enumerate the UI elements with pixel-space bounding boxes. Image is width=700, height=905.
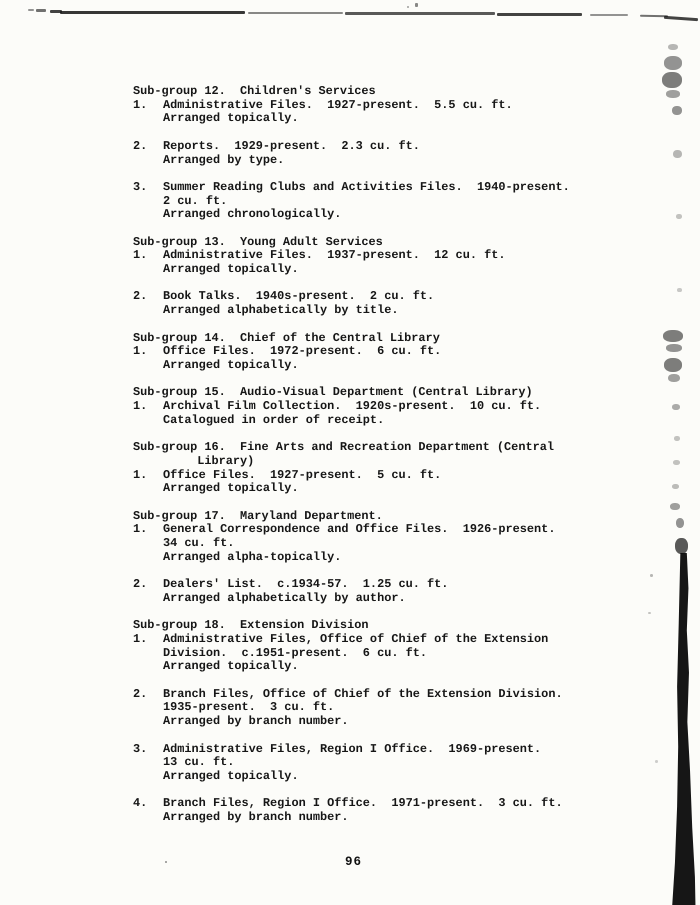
subgroup-section: Sub-group 18. Extension Division1.Admini… — [133, 619, 570, 825]
series-entry: 1.Administrative Files. 1927-present. 5.… — [133, 99, 570, 126]
scan-line-segment — [36, 9, 46, 12]
entry-number: 1. — [133, 249, 163, 276]
ink-smudge — [668, 374, 680, 382]
entry-line: Arranged alphabetically by author. — [163, 592, 448, 606]
ink-smudge — [668, 44, 678, 50]
ink-smudge — [662, 72, 682, 88]
scan-line-segment — [60, 11, 245, 14]
subgroup-heading: Sub-group 14. Chief of the Central Libra… — [133, 332, 570, 346]
ink-smudge — [670, 503, 680, 510]
ink-smudge — [675, 538, 688, 554]
entry-number: 1. — [133, 345, 163, 372]
entry-line: Arranged topically. — [163, 482, 441, 496]
ink-smudge — [666, 344, 682, 352]
subgroup-heading: Sub-group 16. Fine Arts and Recreation D… — [133, 441, 570, 468]
entry-text: Administrative Files, Region I Office. 1… — [163, 743, 541, 784]
series-entry: 1.Office Files. 1927-present. 5 cu. ft.A… — [133, 469, 570, 496]
entry-line: Branch Files, Office of Chief of the Ext… — [163, 688, 563, 702]
ink-smudge — [672, 106, 682, 115]
entry-line: Catalogued in order of receipt. — [163, 414, 541, 428]
subgroup-section: Sub-group 16. Fine Arts and Recreation D… — [133, 441, 570, 496]
entry-text: Archival Film Collection. 1920s-present.… — [163, 400, 541, 427]
heading-line: Sub-group 18. Extension Division — [133, 619, 570, 633]
entry-text: Administrative Files, Office of Chief of… — [163, 633, 548, 674]
ink-smudge — [664, 56, 682, 70]
series-entry: 2.Branch Files, Office of Chief of the E… — [133, 688, 570, 729]
page-number: 96 — [345, 855, 362, 869]
entry-text: Office Files. 1927-present. 5 cu. ft.Arr… — [163, 469, 441, 496]
scan-line-segment — [345, 12, 495, 15]
scan-line-segment — [248, 12, 343, 14]
entry-line: Administrative Files. 1927-present. 5.5 … — [163, 99, 513, 113]
entry-number: 3. — [133, 181, 163, 222]
entry-line: Arranged alpha-topically. — [163, 551, 555, 565]
subgroup-heading: Sub-group 17. Maryland Department. — [133, 510, 570, 524]
series-entry: 1.Archival Film Collection. 1920s-presen… — [133, 400, 570, 427]
entry-line: 1935-present. 3 cu. ft. — [163, 701, 563, 715]
entry-text: Dealers' List. c.1934-57. 1.25 cu. ft.Ar… — [163, 578, 448, 605]
ink-smudge — [674, 436, 680, 441]
entry-text: Office Files. 1972-present. 6 cu. ft.Arr… — [163, 345, 441, 372]
entry-line: Reports. 1929-present. 2.3 cu. ft. — [163, 140, 420, 154]
entry-number: 4. — [133, 797, 163, 824]
entry-line: Administrative Files, Office of Chief of… — [163, 633, 548, 647]
subgroup-heading: Sub-group 15. Audio-Visual Department (C… — [133, 386, 570, 400]
heading-line: Sub-group 13. Young Adult Services — [133, 236, 570, 250]
scan-line-segment — [407, 6, 409, 8]
scan-line-segment — [50, 10, 62, 13]
entry-line: Dealers' List. c.1934-57. 1.25 cu. ft. — [163, 578, 448, 592]
series-entry: 3.Summer Reading Clubs and Activities Fi… — [133, 181, 570, 222]
scanned-document-page: Sub-group 12. Children's Services1.Admin… — [0, 0, 700, 905]
scan-line-segment — [590, 14, 628, 16]
scan-line-segment — [664, 16, 698, 21]
subgroup-section: Sub-group 12. Children's Services1.Admin… — [133, 85, 570, 222]
ink-smudge — [664, 358, 682, 372]
subgroup-section: Sub-group 13. Young Adult Services1.Admi… — [133, 236, 570, 318]
entry-line: Administrative Files. 1937-present. 12 c… — [163, 249, 506, 263]
entry-line: Arranged topically. — [163, 770, 541, 784]
entry-line: Arranged chronologically. — [163, 208, 570, 222]
ink-smudge — [663, 330, 683, 342]
entry-number: 3. — [133, 743, 163, 784]
series-entry: 2.Book Talks. 1940s-present. 2 cu. ft.Ar… — [133, 290, 570, 317]
series-entry: 2.Reports. 1929-present. 2.3 cu. ft.Arra… — [133, 140, 570, 167]
ink-smudge — [648, 612, 651, 614]
heading-line: Sub-group 15. Audio-Visual Department (C… — [133, 386, 570, 400]
ink-smudge — [655, 760, 658, 763]
entry-line: Arranged topically. — [163, 660, 548, 674]
ink-smudge — [165, 861, 167, 863]
entry-number: 1. — [133, 469, 163, 496]
heading-line: Sub-group 16. Fine Arts and Recreation D… — [133, 441, 570, 455]
entry-text: Administrative Files. 1927-present. 5.5 … — [163, 99, 513, 126]
subgroup-section: Sub-group 17. Maryland Department.1.Gene… — [133, 510, 570, 606]
heading-line: Sub-group 17. Maryland Department. — [133, 510, 570, 524]
entry-line: General Correspondence and Office Files.… — [163, 523, 555, 537]
scan-line-segment — [497, 13, 582, 16]
ink-smudge — [677, 288, 682, 292]
series-entry: 1.Administrative Files, Office of Chief … — [133, 633, 570, 674]
entry-text: Branch Files, Office of Chief of the Ext… — [163, 688, 563, 729]
entry-line: Administrative Files, Region I Office. 1… — [163, 743, 541, 757]
ink-smudge — [676, 214, 682, 219]
entry-line: 2 cu. ft. — [163, 195, 570, 209]
ink-smudge — [666, 90, 680, 98]
entry-number: 1. — [133, 99, 163, 126]
entry-text: Administrative Files. 1937-present. 12 c… — [163, 249, 506, 276]
heading-line: Library) — [133, 455, 570, 469]
series-entry: 1.Office Files. 1972-present. 6 cu. ft.A… — [133, 345, 570, 372]
entry-line: Summer Reading Clubs and Activities File… — [163, 181, 570, 195]
entry-text: Book Talks. 1940s-present. 2 cu. ft.Arra… — [163, 290, 434, 317]
entry-number: 2. — [133, 290, 163, 317]
heading-line: Sub-group 14. Chief of the Central Libra… — [133, 332, 570, 346]
subgroup-heading: Sub-group 12. Children's Services — [133, 85, 570, 99]
series-entry: 1.Administrative Files. 1937-present. 12… — [133, 249, 570, 276]
subgroup-section: Sub-group 14. Chief of the Central Libra… — [133, 332, 570, 373]
scan-line-segment — [640, 15, 668, 17]
subgroup-heading: Sub-group 13. Young Adult Services — [133, 236, 570, 250]
ink-smudge — [673, 460, 680, 465]
entry-line: Arranged topically. — [163, 359, 441, 373]
entry-line: Archival Film Collection. 1920s-present.… — [163, 400, 541, 414]
entry-line: Office Files. 1927-present. 5 cu. ft. — [163, 469, 441, 483]
series-entry: 4.Branch Files, Region I Office. 1971-pr… — [133, 797, 570, 824]
entry-line: Office Files. 1972-present. 6 cu. ft. — [163, 345, 441, 359]
entry-number: 2. — [133, 578, 163, 605]
entry-line: Arranged by type. — [163, 154, 420, 168]
entry-line: Arranged topically. — [163, 263, 506, 277]
ink-smudge — [673, 150, 682, 158]
ink-smudge — [672, 484, 679, 489]
entry-line: 13 cu. ft. — [163, 756, 541, 770]
scan-line-segment — [28, 9, 34, 11]
entry-text: Summer Reading Clubs and Activities File… — [163, 181, 570, 222]
entry-line: Arranged alphabetically by title. — [163, 304, 434, 318]
entry-line: Division. c.1951-present. 6 cu. ft. — [163, 647, 548, 661]
scan-line-segment — [415, 3, 418, 7]
entry-line: Book Talks. 1940s-present. 2 cu. ft. — [163, 290, 434, 304]
entry-text: General Correspondence and Office Files.… — [163, 523, 555, 564]
entry-text: Reports. 1929-present. 2.3 cu. ft.Arrang… — [163, 140, 420, 167]
entry-line: Arranged topically. — [163, 112, 513, 126]
heading-line: Sub-group 12. Children's Services — [133, 85, 570, 99]
entry-line: 34 cu. ft. — [163, 537, 555, 551]
entry-number: 2. — [133, 140, 163, 167]
binding-shadow-bar — [669, 553, 696, 905]
series-entry: 2.Dealers' List. c.1934-57. 1.25 cu. ft.… — [133, 578, 570, 605]
ink-smudge — [672, 404, 680, 410]
subgroup-section: Sub-group 15. Audio-Visual Department (C… — [133, 386, 570, 427]
document-body: Sub-group 12. Children's Services1.Admin… — [133, 85, 570, 838]
ink-smudge — [676, 518, 684, 528]
entry-number: 2. — [133, 688, 163, 729]
entry-line: Arranged by branch number. — [163, 811, 563, 825]
entry-line: Branch Files, Region I Office. 1971-pres… — [163, 797, 563, 811]
entry-number: 1. — [133, 400, 163, 427]
entry-number: 1. — [133, 523, 163, 564]
entry-number: 1. — [133, 633, 163, 674]
subgroup-heading: Sub-group 18. Extension Division — [133, 619, 570, 633]
ink-smudge — [650, 574, 653, 577]
entry-text: Branch Files, Region I Office. 1971-pres… — [163, 797, 563, 824]
series-entry: 1.General Correspondence and Office File… — [133, 523, 570, 564]
series-entry: 3.Administrative Files, Region I Office.… — [133, 743, 570, 784]
entry-line: Arranged by branch number. — [163, 715, 563, 729]
